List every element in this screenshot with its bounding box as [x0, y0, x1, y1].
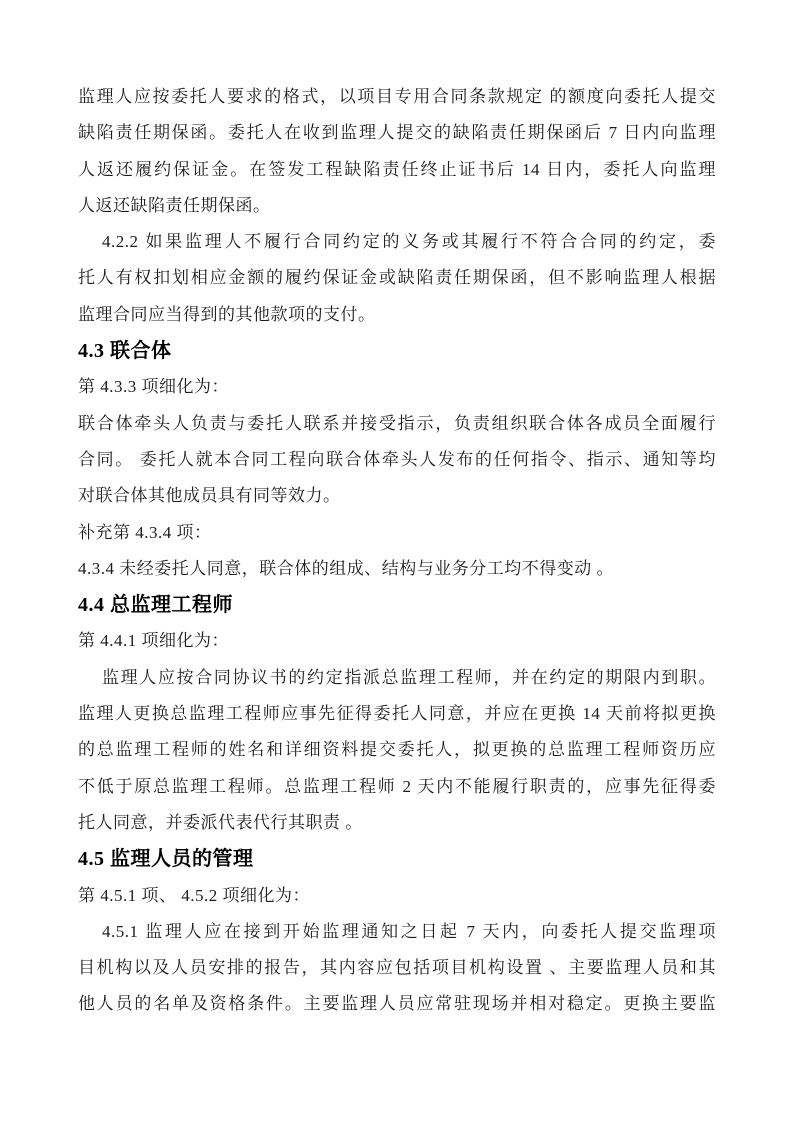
document-page: 监理人应按委托人要求的格式，以项目专用合同条款规定 的额度向委托人提交 缺陷责任… [0, 0, 793, 1122]
paragraph-line: 目机构以及人员安排的报告，其内容应包括项目机构设置 、主要监理人员和其 [78, 950, 716, 986]
paragraph-line: 他人员的名单及资格条件。主要监理人员应常驻现场并相对稳定。更换主要监 [78, 986, 716, 1022]
paragraph-line: 合同。 委托人就本合同工程向联合体牵头人发布的任何指令、指示、通知等均 [78, 442, 716, 478]
paragraph-line: 监理人应按合同协议书的约定指派总监理工程师，并在约定的期限内到职。 [78, 660, 716, 696]
paragraph-line: 人返还履约保证金。在签发工程缺陷责任终止证书后 14 日内，委托人向监理 [78, 152, 716, 188]
paragraph-line: 联合体牵头人负责与委托人联系并接受指示，负责组织联合体各成员全面履行 [78, 406, 716, 442]
clause-4-3-4-line: 4.3.4 未经委托人同意，联合体的组成、结构与业务分工均不得变动 。 [78, 551, 716, 587]
paragraph-line: 第 4.5.1 项、 4.5.2 项细化为： [78, 878, 716, 914]
paragraph-line: 监理人应按委托人要求的格式，以项目专用合同条款规定 的额度向委托人提交 [78, 79, 716, 115]
clause-4-2-2-line: 4.2.2 如果监理人不履行合同约定的义务或其履行不符合合同的约定，委 [78, 224, 716, 260]
paragraph-line: 缺陷责任期保函。委托人在收到监理人提交的缺陷责任期保函后 7 日内向监理 [78, 115, 716, 151]
paragraph-line: 人返还缺陷责任期保函。 [78, 188, 716, 224]
paragraph-line: 托人同意，并委派代表代行其职责 。 [78, 805, 716, 841]
paragraph-line: 对联合体其他成员具有同等效力。 [78, 478, 716, 514]
clause-4-5-1-line: 4.5.1 监理人应在接到开始监理通知之日起 7 天内，向委托人提交监理项 [78, 914, 716, 950]
paragraph-line: 托人有权扣划相应金额的履约保证金或缺陷责任期保函，但不影响监理人根据 [78, 260, 716, 296]
paragraph-line: 不低于原总监理工程师。总监理工程师 2 天内不能履行职责的，应事先征得委 [78, 769, 716, 805]
paragraph-line: 第 4.4.1 项细化为： [78, 623, 716, 659]
section-heading-4-4: 4.4 总监理工程师 [78, 587, 716, 623]
paragraph-line: 补充第 4.3.4 项： [78, 515, 716, 551]
section-heading-4-3: 4.3 联合体 [78, 333, 716, 369]
paragraph-line: 第 4.3.3 项细化为： [78, 369, 716, 405]
paragraph-line: 监理人更换总监理工程师应事先征得委托人同意，并应在更换 14 天前将拟更换 [78, 696, 716, 732]
paragraph-line: 监理合同应当得到的其他款项的支付。 [78, 297, 716, 333]
paragraph-line: 的总监理工程师的姓名和详细资料提交委托人，拟更换的总监理工程师资历应 [78, 732, 716, 768]
section-heading-4-5: 4.5 监理人员的管理 [78, 841, 716, 877]
